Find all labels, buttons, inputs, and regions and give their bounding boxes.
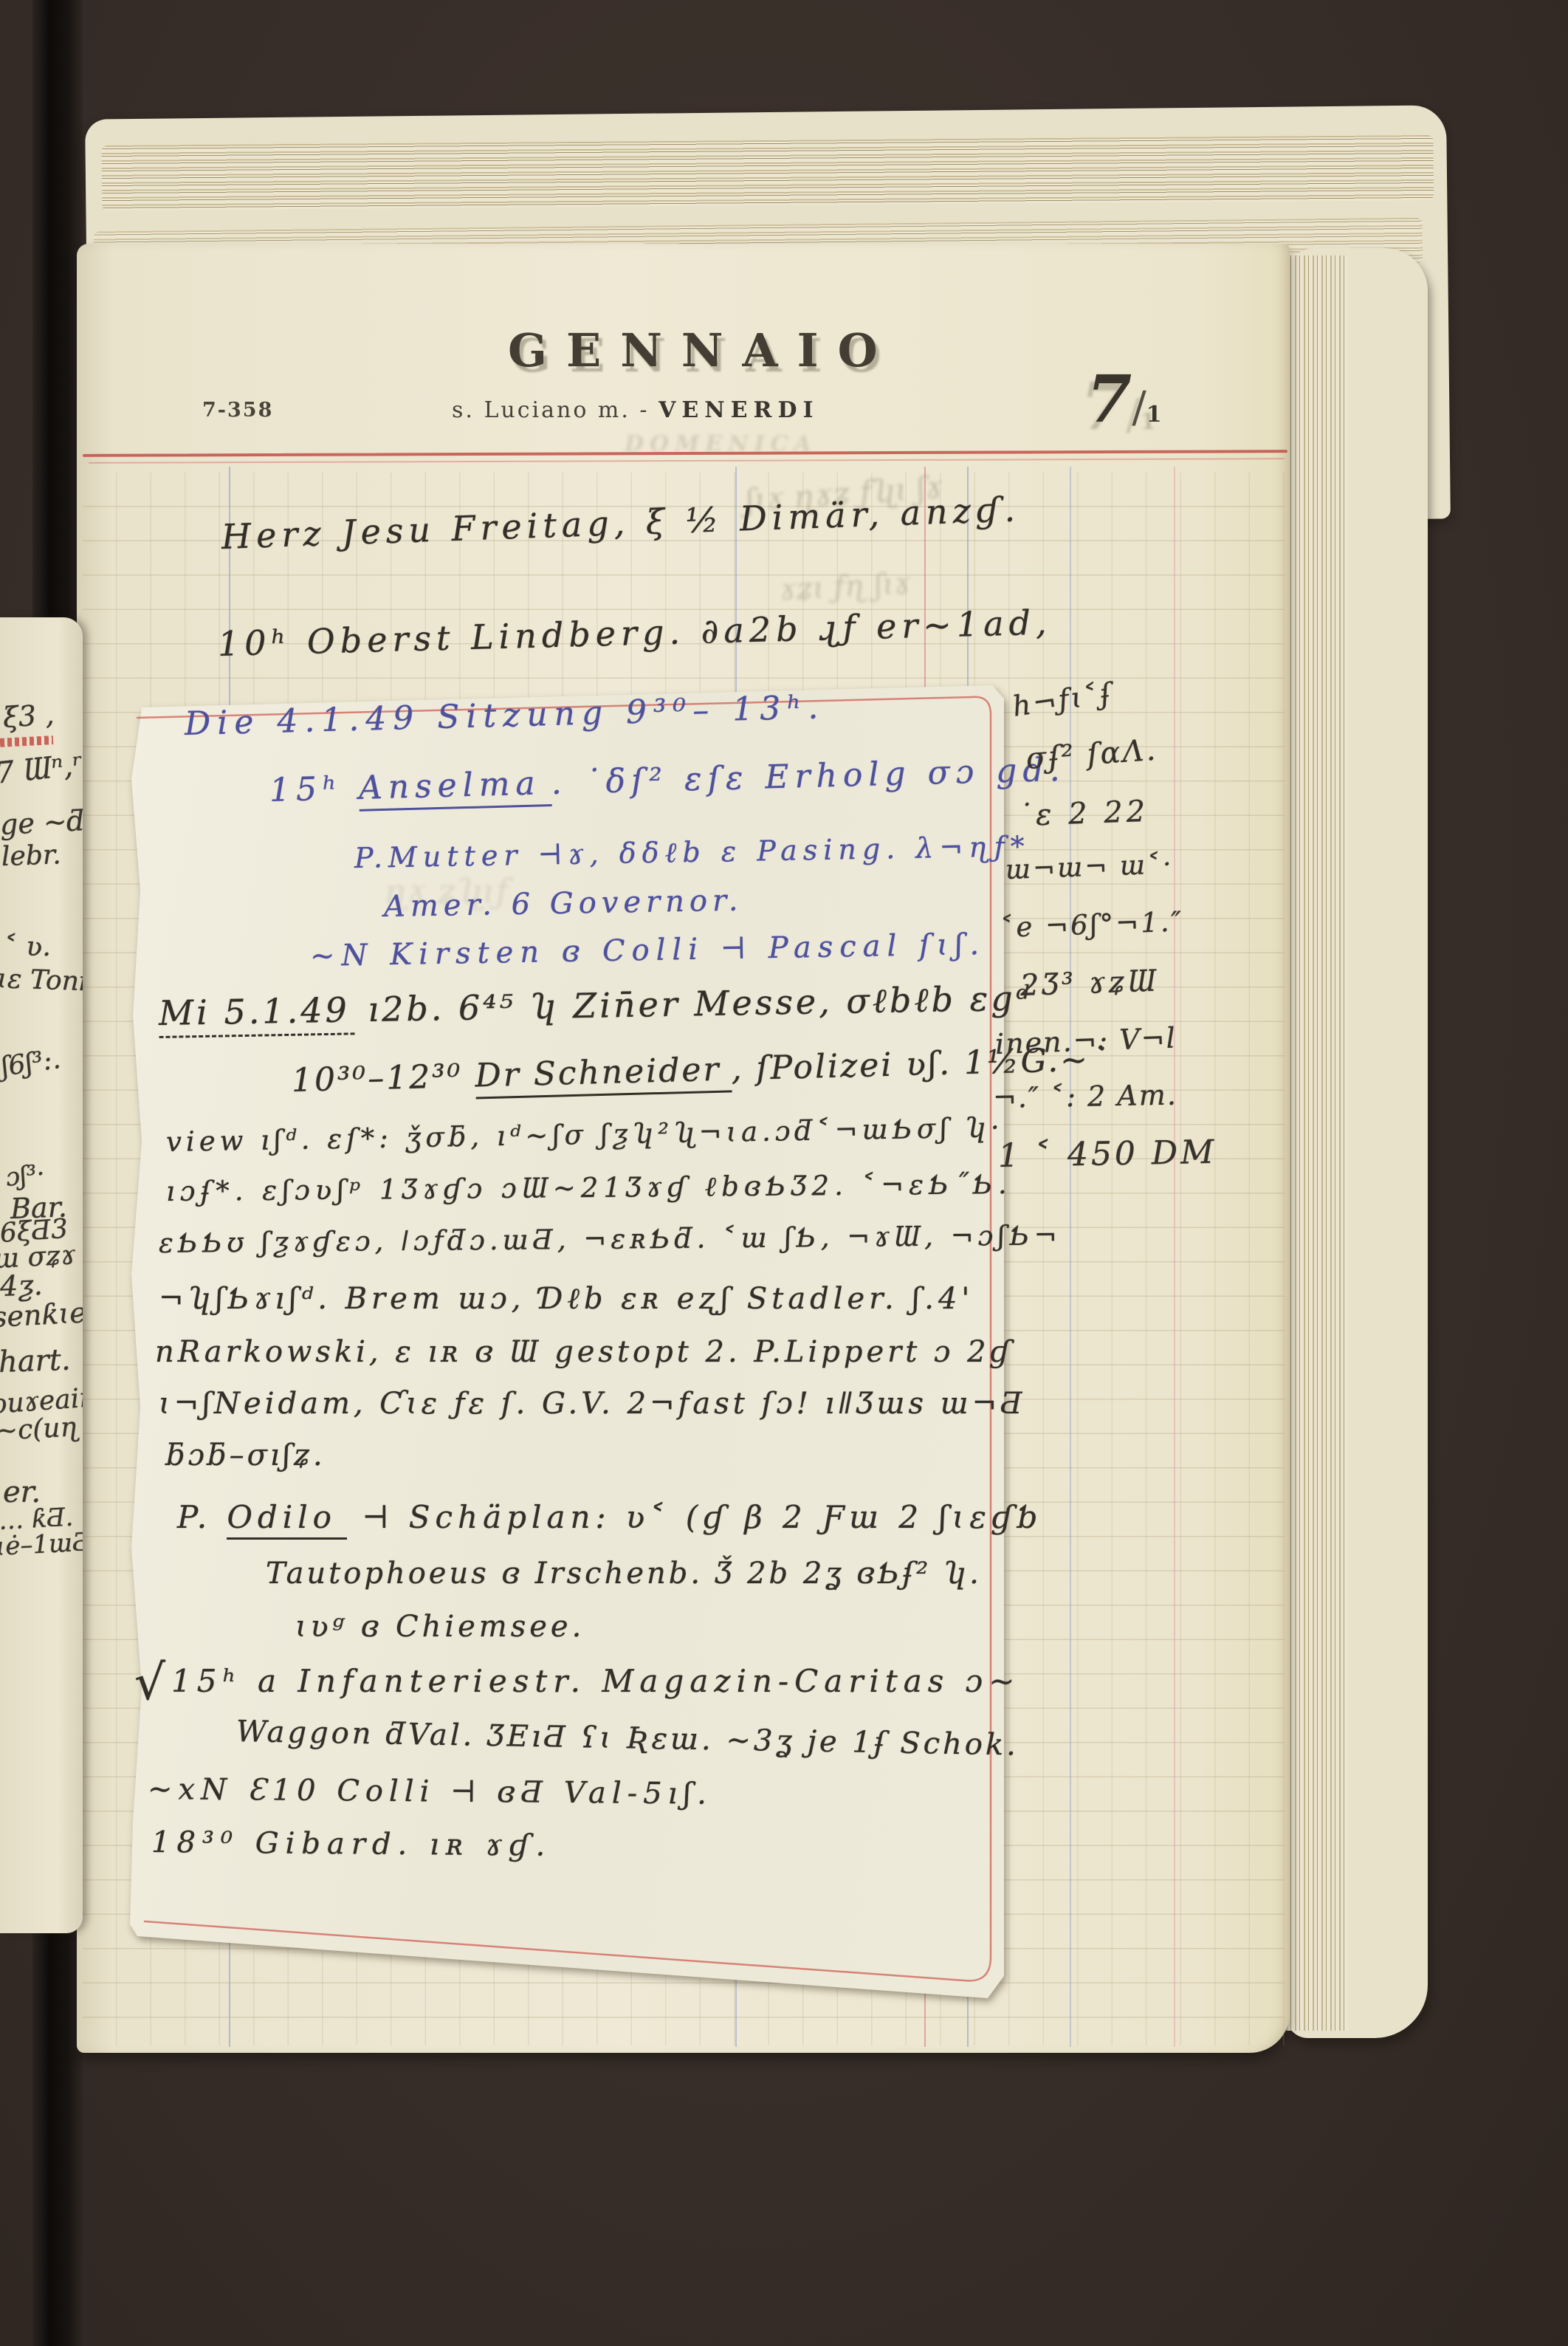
left-fragment: ʃ6ʃ³:.: [0, 1044, 63, 1083]
left-fragment: senƙɩe: [0, 1296, 83, 1334]
left-fragment: ge ~ƌ.: [0, 803, 83, 841]
weekday-label: VENERDI: [659, 397, 819, 423]
card-line: Tautophoeus ɞ Irschenb. Ǯ 2b 2ʓ ɞƄʄ² ʮ.: [266, 1557, 982, 1591]
page-stack-right: [1286, 248, 1428, 2038]
card-line: nRarkowski, ɛ ıʀ ɞ Ɯ gestopt 2. P.Lipper…: [155, 1335, 1014, 1369]
margin-note: ɯ¬ɯ¬ ɯ˂·: [1005, 849, 1174, 885]
card-line: √15ʰ a Infanteriestr. Magazin-Caritas ɔ~: [134, 1654, 1020, 1711]
underlined-name: Odilo: [227, 1499, 346, 1540]
day-number-slash: /: [1132, 382, 1146, 432]
left-fragment: ɩė–1ɯƋ.: [0, 1527, 83, 1562]
day-number-big: 7: [1087, 360, 1132, 437]
margin-note: ˂e ¬6ʃ°¬1.″: [1000, 905, 1184, 944]
card-line: ɩʋᵍ ɞ Chiemsee.: [295, 1610, 585, 1644]
margin-note: inen.¬: V¬l: [994, 1021, 1177, 1060]
left-fragment: ɔʃ³·: [4, 1159, 47, 1193]
ghost-text: DOMENICA: [625, 431, 817, 457]
month-title: GENNAIO: [508, 323, 897, 377]
card-line: ɩ¬ʃNeidam, Ƈɩɛ ƒɛ ſ. G.V. 2¬fast ſɔ! ıǁƷ…: [159, 1387, 1026, 1421]
left-fragment: 7 Ɯⁿ,ʳ.: [0, 747, 83, 791]
left-fragment: ξ3 ,: [1, 698, 55, 734]
underlined-name: Anselma: [358, 764, 551, 812]
left-fragment: 4ƺ.: [0, 1269, 43, 1303]
left-fragment: ɩɛ Toni: [0, 964, 83, 997]
margin-note: ˙ε 2 22: [1017, 795, 1149, 833]
underlined-date: Mi 5.1.49: [159, 989, 355, 1038]
saint-name: s. Luciano m. -: [452, 397, 659, 423]
card-line: P. Odilo ⊣ Schäplan: ʋ˂ (ɠ β 2 Ƒɯ 2 ʃɩɛɠ…: [177, 1499, 1042, 1535]
diary-photo: GENNAIO 7-358 s. Luciano m. - VENERDI 7/…: [0, 0, 1568, 2346]
card-line: Amer. 6 Governor.: [384, 884, 743, 924]
card-line: ƃɔƃ–σıʃʑ.: [166, 1438, 326, 1472]
card-line: ¬ʮʃƄɤıʃᵈ. Brem ɯɔ, Ɗℓb ɛʀ eʐʃ Stadler. ʃ…: [159, 1281, 974, 1316]
left-fragment: ~c(uɳ: [0, 1412, 79, 1447]
left-fragment: lebr.: [1, 840, 61, 872]
margin-note: 2Ʒ³ ɤʑƜ: [1019, 964, 1159, 1003]
left-fragment: hart.: [0, 1343, 71, 1379]
day-number: 7/1: [1087, 360, 1162, 437]
page-code: 7-358: [202, 399, 273, 422]
page-edges-band: [102, 135, 1434, 210]
card-line: 18³⁰ Gibard. ıʀ ɤɠ.: [151, 1825, 552, 1863]
underlined-name: Dr Schneider: [475, 1050, 732, 1099]
page-edges-band: [1286, 255, 1348, 2031]
week-number: 1: [1146, 402, 1162, 428]
left-fragment: ˂ ʋ.: [4, 932, 51, 962]
margin-note: 1 ˂ 450 DM: [998, 1133, 1217, 1175]
card-line: ~xN Ɛ10 Colli ⊣ ɞƋ Val-5ıʃ.: [148, 1772, 712, 1811]
saint-day-line: s. Luciano m. - VENERDI: [452, 397, 819, 423]
margin-note: ¬.″ ˂: 2 Am.: [993, 1079, 1178, 1114]
ghost-scribble: ɤʑɩ ƒɳ ʃɩɤ: [779, 566, 912, 607]
left-page-sliver: ξ3 , 7 Ɯⁿ,ʳ. ge ~ƌ. lebr. ˂ ʋ. ɩɛ Toni ʃ…: [0, 617, 83, 1933]
red-strike-mark: [0, 735, 53, 747]
check-mark: √: [134, 1654, 171, 1711]
